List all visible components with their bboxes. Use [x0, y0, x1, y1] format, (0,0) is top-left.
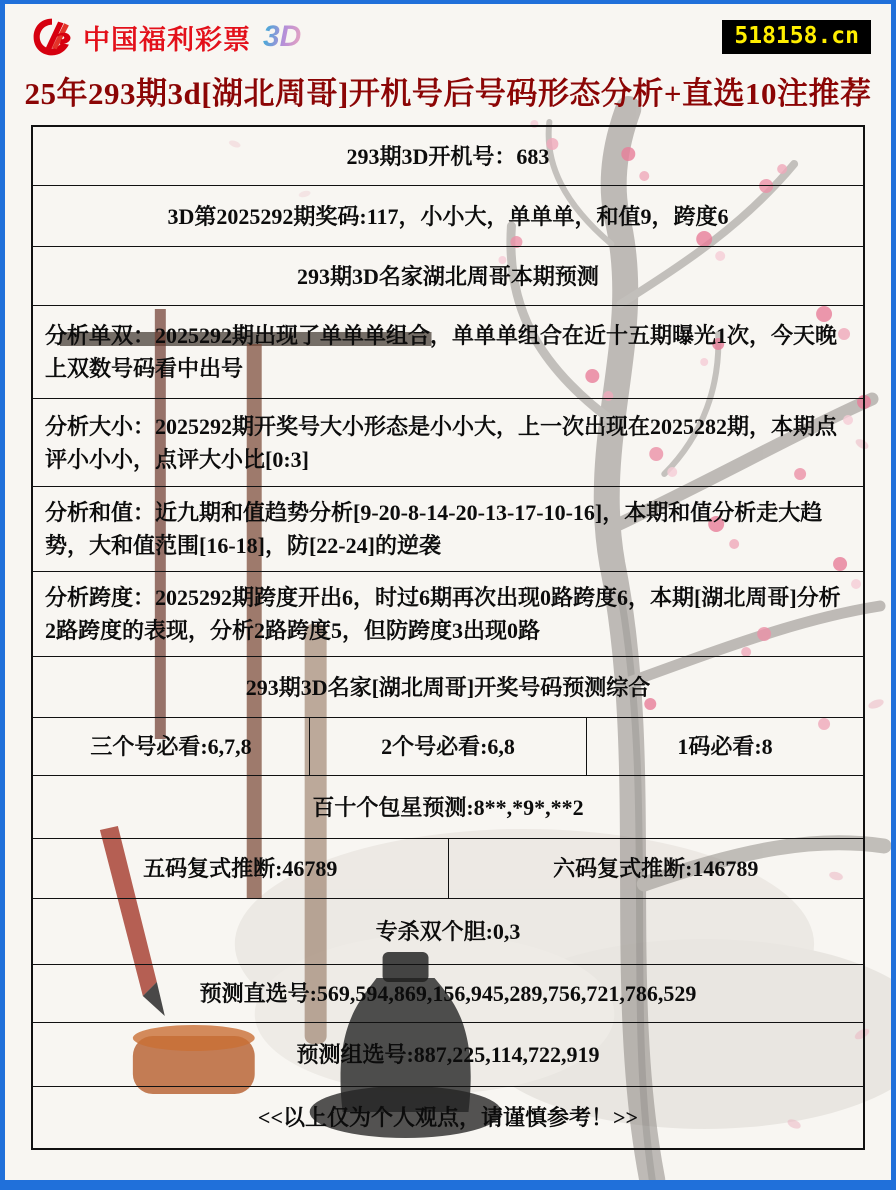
opening-number-text: 293期3D开机号：683	[347, 140, 550, 173]
row-summary-title: 293期3D名家[湖北周哥]开奖号码预测综合	[33, 657, 863, 718]
cell-three-numbers: 三个号必看:6,7,8	[33, 718, 310, 775]
row-kill-numbers: 专杀双个胆:0,3	[33, 899, 863, 965]
cell-one-number: 1码必看:8	[587, 718, 863, 775]
page-title: 25年293期3d[湖北周哥]开机号后号码形态分析+直选10注推荐	[11, 68, 885, 113]
brand-logo: 中国福利彩票 3D	[29, 14, 301, 60]
row-must-see-numbers: 三个号必看:6,7,8 2个号必看:6,8 1码必看:8	[33, 718, 863, 776]
row-compound-codes: 五码复式推断:46789 六码复式推断:146789	[33, 839, 863, 899]
previous-result-text: 3D第2025292期奖码:117，小小大，单单单，和值9，跨度6	[167, 200, 728, 233]
brand-name: 中国福利彩票	[83, 18, 251, 57]
brand-3d-label: 3D	[263, 20, 301, 54]
row-direct-picks: 预测直选号:569,594,869,156,945,289,756,721,78…	[33, 965, 863, 1023]
row-opening-number: 293期3D开机号：683	[33, 127, 863, 186]
disclaimer-text: <<以上仅为个人观点，请谨慎参考！>>	[258, 1101, 638, 1134]
row-analysis-span: 分析跨度：2025292期跨度开出6，时过6期再次出现0路跨度6，本期[湖北周哥…	[33, 572, 863, 657]
row-disclaimer: <<以上仅为个人观点，请谨慎参考！>>	[33, 1087, 863, 1148]
expert-title-text: 293期3D名家湖北周哥本期预测	[297, 260, 599, 293]
row-position-star: 百十个包星预测:8**,*9*,**2	[33, 776, 863, 839]
header: 中国福利彩票 3D 518158.cn	[5, 4, 891, 62]
summary-title-text: 293期3D名家[湖北周哥]开奖号码预测综合	[246, 671, 651, 704]
china-welfare-lottery-logo-icon	[29, 14, 75, 60]
cell-six-code: 六码复式推断:146789	[449, 839, 864, 898]
analysis-sum-text: 分析和值：近九期和值趋势分析[9-20-8-14-20-13-17-10-16]…	[45, 496, 851, 562]
page: 中国福利彩票 3D 518158.cn 25年293期3d[湖北周哥]开机号后号…	[5, 4, 891, 1180]
row-analysis-odd-even: 分析单双：2025292期出现了单单单组合，单单单组合在近十五期曝光1次，今天晚…	[33, 306, 863, 399]
row-expert-title: 293期3D名家湖北周哥本期预测	[33, 247, 863, 306]
row-previous-result: 3D第2025292期奖码:117，小小大，单单单，和值9，跨度6	[33, 186, 863, 247]
kill-numbers-text: 专杀双个胆:0,3	[376, 915, 521, 948]
analysis-size-text: 分析大小：2025292期开奖号大小形态是小小大，上一次出现在2025282期，…	[45, 410, 851, 476]
group-picks-text: 预测组选号:887,225,114,722,919	[296, 1038, 599, 1071]
row-group-picks: 预测组选号:887,225,114,722,919	[33, 1023, 863, 1087]
prediction-table: 293期3D开机号：683 3D第2025292期奖码:117，小小大，单单单，…	[31, 125, 865, 1150]
site-badge: 518158.cn	[722, 20, 871, 53]
cell-five-code: 五码复式推断:46789	[33, 839, 449, 898]
cell-two-numbers: 2个号必看:6,8	[310, 718, 587, 775]
row-analysis-sum: 分析和值：近九期和值趋势分析[9-20-8-14-20-13-17-10-16]…	[33, 487, 863, 572]
position-star-text: 百十个包星预测:8**,*9*,**2	[312, 791, 583, 824]
analysis-odd-even-text: 分析单双：2025292期出现了单单单组合，单单单组合在近十五期曝光1次，今天晚…	[45, 319, 851, 385]
direct-picks-text: 预测直选号:569,594,869,156,945,289,756,721,78…	[200, 977, 697, 1010]
analysis-span-text: 分析跨度：2025292期跨度开出6，时过6期再次出现0路跨度6，本期[湖北周哥…	[45, 581, 851, 647]
row-analysis-size: 分析大小：2025292期开奖号大小形态是小小大，上一次出现在2025282期，…	[33, 399, 863, 487]
